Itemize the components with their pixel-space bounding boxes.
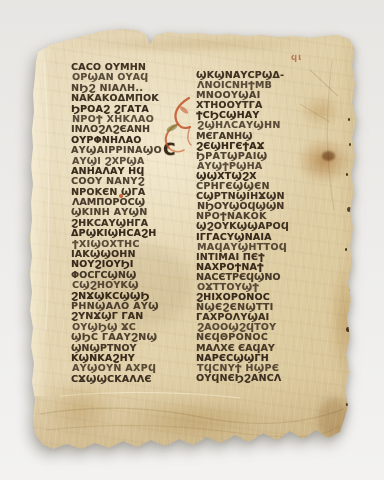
photo-background: ϹΑϹΟ ΟΥΜΗΝΟΡϢΑΝ ΟΥΑϤΝϦϨ ΝΙΑΛΗ..ΝΑΚΑΚΟΔΜΠ… bbox=[0, 0, 384, 480]
stain bbox=[44, 378, 116, 440]
vine-ornament-icon bbox=[157, 95, 199, 157]
text-column-right: ϢΚϢΝΑΥϹΡϢΔ-ΛΝΟΙϹΝΗϮΜΒΜΝΟΟΥϢΑΙΧΤΗΟΟΥΤΓΑϮϹ… bbox=[196, 71, 306, 384]
red-dot-mark bbox=[119, 194, 123, 198]
text-line: ϹϢϨΗΟΥΚϢ bbox=[72, 281, 173, 291]
stain bbox=[300, 94, 342, 128]
text-line: ϨΗΚϹΑΥϢΗΓΑ bbox=[71, 219, 173, 229]
text-line: ΧΤΗΟΟΥΤΓΑ bbox=[196, 101, 306, 111]
left-edge-crease bbox=[29, 46, 53, 396]
text-line: ΑΥϢϮΡϢΗΑ bbox=[197, 162, 306, 172]
stain bbox=[322, 151, 335, 161]
text-line: ϢϨΟΥΚϢϢΑΡΟϤ bbox=[196, 222, 306, 232]
wrinkle-lines bbox=[0, 0, 384, 480]
parchment-texture bbox=[0, 0, 384, 480]
text-line: ΙΑΚϢϢΟΗΝ bbox=[71, 250, 173, 260]
text-line: ΜΑΛΧЄ ЄΑϤΑΥ bbox=[196, 344, 306, 354]
stain bbox=[60, 36, 322, 53]
text-line: ϢϦϹ ΓΑΑΥϨΝϢ bbox=[71, 333, 173, 343]
stain bbox=[330, 258, 356, 382]
text-line: ΟΥϤΝЄϦϨΑΝϹΛ bbox=[196, 374, 306, 384]
text-line: ϹϪϢϢϹΚΑΛΛЄ bbox=[71, 375, 173, 385]
stain bbox=[118, 398, 270, 442]
manuscript-page: ϹΑϹΟ ΟΥΜΗΝΟΡϢΑΝ ΟΥΑϤΝϦϨ ΝΙΑΛΗ..ΝΑΚΑΚΟΔΜΠ… bbox=[0, 0, 384, 480]
text-line: ΟϪΤΤΟΥϢϮ bbox=[197, 283, 306, 293]
stain bbox=[318, 398, 350, 440]
text-line: ΙΝΤΙΜΑΙ ΠЄϮ bbox=[196, 253, 306, 263]
text-line: ϢΝϢΡΤΝΟΥ bbox=[71, 344, 173, 354]
page-shadow: ϹΑϹΟ ΟΥΜΗΝΟΡϢΑΝ ΟΥΑϤΝϦϨ ΝΙΑΛΗ..ΝΑΚΑΚΟΔΜΠ… bbox=[0, 0, 384, 480]
text-line: ΑΥϢΙ ϨΧΡϢΑ bbox=[72, 157, 173, 167]
edge-specks bbox=[348, 118, 350, 121]
folio-number: ϥι bbox=[291, 53, 302, 63]
text-line: ΜЄΓΑΝΗϢ bbox=[196, 132, 306, 142]
